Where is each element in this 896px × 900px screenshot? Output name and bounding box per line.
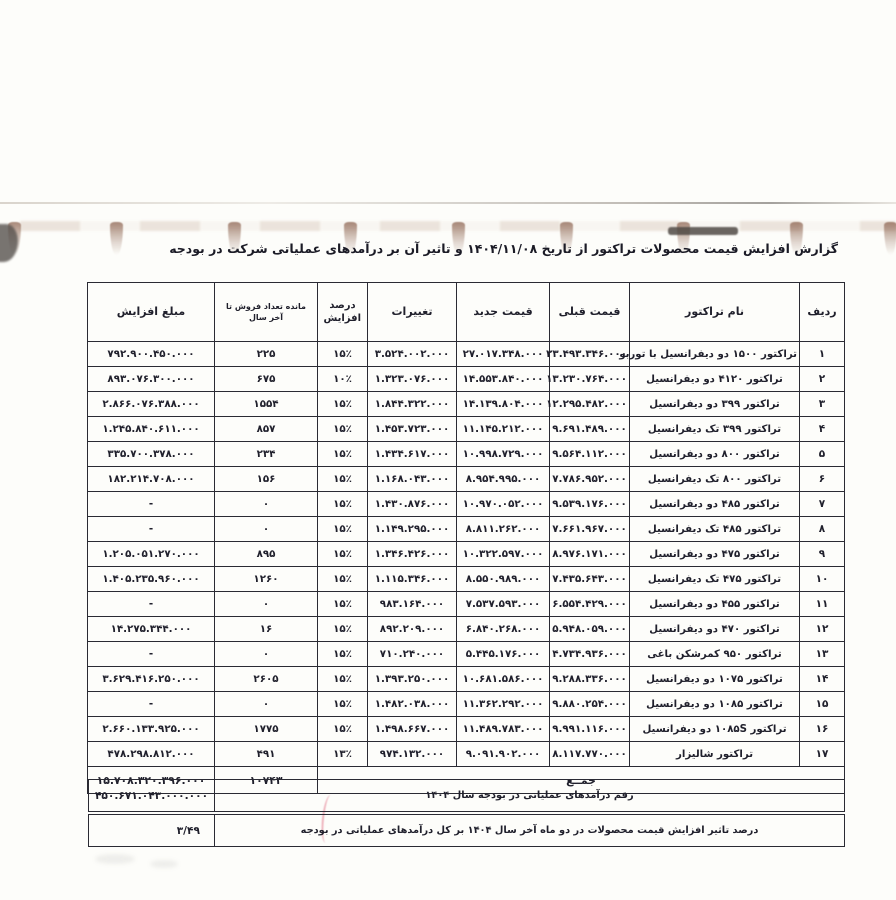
- cell-change: ۱.۴۹۸.۶۶۷.۰۰۰: [368, 717, 457, 742]
- cell-prev-price: ۷.۷۸۶.۹۵۲.۰۰۰: [550, 467, 630, 492]
- cell-new-price: ۹.۰۹۱.۹۰۲.۰۰۰: [457, 742, 550, 767]
- cell-remaining: ۶۷۵: [215, 367, 318, 392]
- cell-new-price: ۸.۸۱۱.۲۶۲.۰۰۰: [457, 517, 550, 542]
- cell-pct: ۱۵٪: [318, 517, 368, 542]
- cell-change: ۷۱۰.۲۴۰.۰۰۰: [368, 642, 457, 667]
- impact-label: درصد تاثیر افزایش قیمت محصولات در دو ماه…: [214, 815, 844, 846]
- cell-amount: ۴۷۸.۲۹۸.۸۱۲.۰۰۰: [88, 742, 215, 767]
- cell-change: ۱.۴۵۳.۷۲۳.۰۰۰: [368, 417, 457, 442]
- cell-change: ۱.۱۴۹.۲۹۵.۰۰۰: [368, 517, 457, 542]
- cell-prev-price: ۹.۸۸۰.۲۵۴.۰۰۰: [550, 692, 630, 717]
- table-row: ۱۴تراکتور ۱۰۷۵ دو دیفرانسیل۹.۲۸۸.۳۳۶.۰۰۰…: [88, 667, 845, 692]
- table-row: ۱۲تراکتور ۴۷۰ دو دیفرانسیل۵.۹۴۸.۰۵۹.۰۰۰۶…: [88, 617, 845, 642]
- cell-radif: ۲: [800, 367, 845, 392]
- cell-amount: ۳.۶۲۹.۴۱۶.۲۵۰.۰۰۰: [88, 667, 215, 692]
- cell-change: ۳.۵۲۴.۰۰۲.۰۰۰: [368, 342, 457, 367]
- document-title: گزارش افزایش قیمت محصولات تراکتور از تار…: [169, 241, 838, 256]
- price-increase-table: ردیف نام تراکتور قیمت قبلی قیمت جدید تغی…: [87, 282, 845, 794]
- cell-amount: ۷۹۲.۹۰۰.۴۵۰.۰۰۰: [88, 342, 215, 367]
- cell-change: ۸۹۲.۲۰۹.۰۰۰: [368, 617, 457, 642]
- cell-new-price: ۷.۵۳۷.۵۹۳.۰۰۰: [457, 592, 550, 617]
- cell-name: تراکتور ۱۰۸۵ دو دیفرانسیل: [630, 692, 800, 717]
- cell-prev-price: ۶.۵۵۴.۴۲۹.۰۰۰: [550, 592, 630, 617]
- cell-pct: ۱۵٪: [318, 617, 368, 642]
- cell-name: تراکتور ۸۰۰ دو دیفرانسیل: [630, 442, 800, 467]
- scan-dark-mark: [668, 227, 738, 235]
- cell-name: تراکتور ۴۸۵ تک دیفرانسیل: [630, 517, 800, 542]
- cell-radif: ۱: [800, 342, 845, 367]
- cell-change: ۹۸۳.۱۶۴.۰۰۰: [368, 592, 457, 617]
- cell-change: ۱.۴۳۴.۶۱۷.۰۰۰: [368, 442, 457, 467]
- cell-pct: ۱۵٪: [318, 692, 368, 717]
- table-row: ۷تراکتور ۴۸۵ دو دیفرانسیل۹.۵۳۹.۱۷۶.۰۰۰۱۰…: [88, 492, 845, 517]
- cell-name: تراکتور ۴۷۵ تک دیفرانسیل: [630, 567, 800, 592]
- cell-new-price: ۱۱.۱۴۵.۲۱۲.۰۰۰: [457, 417, 550, 442]
- cell-amount: ۱.۲۴۵.۸۴۰.۶۱۱.۰۰۰: [88, 417, 215, 442]
- table-header-row: ردیف نام تراکتور قیمت قبلی قیمت جدید تغی…: [88, 283, 845, 342]
- cell-radif: ۱۱: [800, 592, 845, 617]
- cell-prev-price: ۹.۵۶۴.۱۱۲.۰۰۰: [550, 442, 630, 467]
- cell-new-price: ۱۴.۵۵۳.۸۴۰.۰۰۰: [457, 367, 550, 392]
- cell-prev-price: ۱۳.۲۳۰.۷۶۴.۰۰۰: [550, 367, 630, 392]
- cell-remaining: ۸۵۷: [215, 417, 318, 442]
- cell-pct: ۱۳٪: [318, 742, 368, 767]
- table-row: ۱۱تراکتور ۴۵۵ دو دیفرانسیل۶.۵۵۴.۴۲۹.۰۰۰۷…: [88, 592, 845, 617]
- cell-new-price: ۱۰.۹۹۸.۷۲۹.۰۰۰: [457, 442, 550, 467]
- header-name: نام تراکتور: [630, 283, 800, 342]
- table-row: ۵تراکتور ۸۰۰ دو دیفرانسیل۹.۵۶۴.۱۱۲.۰۰۰۱۰…: [88, 442, 845, 467]
- header-radif: ردیف: [800, 283, 845, 342]
- cell-radif: ۱۳: [800, 642, 845, 667]
- cell-name: تراکتور ۱۰۸۵S دو دیفرانسیل: [630, 717, 800, 742]
- cell-radif: ۴: [800, 417, 845, 442]
- cell-new-price: ۱۰.۹۷۰.۰۵۲.۰۰۰: [457, 492, 550, 517]
- cell-change: ۱.۱۱۵.۳۴۶.۰۰۰: [368, 567, 457, 592]
- cell-radif: ۱۴: [800, 667, 845, 692]
- cell-remaining: ۲۲۵: [215, 342, 318, 367]
- cell-prev-price: ۹.۶۹۱.۴۸۹.۰۰۰: [550, 417, 630, 442]
- cell-new-price: ۲۷.۰۱۷.۳۴۸.۰۰۰: [457, 342, 550, 367]
- scan-stain: [110, 222, 123, 255]
- cell-new-price: ۵.۴۴۵.۱۷۶.۰۰۰: [457, 642, 550, 667]
- impact-value: ۳/۴۹: [89, 815, 214, 846]
- cell-radif: ۵: [800, 442, 845, 467]
- cell-new-price: ۱۱.۳۶۲.۲۹۲.۰۰۰: [457, 692, 550, 717]
- cell-radif: ۱۶: [800, 717, 845, 742]
- cell-change: ۱.۴۸۲.۰۳۸.۰۰۰: [368, 692, 457, 717]
- cell-remaining: ۰: [215, 692, 318, 717]
- cell-new-price: ۱۰.۳۲۲.۵۹۷.۰۰۰: [457, 542, 550, 567]
- cell-remaining: ۰: [215, 592, 318, 617]
- cell-prev-price: ۷.۴۳۵.۶۴۳.۰۰۰: [550, 567, 630, 592]
- scan-stain: [884, 222, 896, 255]
- cell-prev-price: ۸.۹۷۶.۱۷۱.۰۰۰: [550, 542, 630, 567]
- header-remaining: مانده تعداد فروش تا آخر سال: [215, 283, 318, 342]
- cell-name: تراکتور ۳۹۹ دو دیفرانسیل: [630, 392, 800, 417]
- cell-prev-price: ۴.۷۳۴.۹۳۶.۰۰۰: [550, 642, 630, 667]
- cell-name: تراکتور ۴۷۵ دو دیفرانسیل: [630, 542, 800, 567]
- cell-amount: -: [88, 642, 215, 667]
- cell-name: تراکتور ۴۷۰ دو دیفرانسیل: [630, 617, 800, 642]
- revenue-row: رقم درآمدهای عملیاتی در بودجه سال ۱۴۰۴ ۴…: [88, 779, 845, 812]
- cell-prev-price: ۹.۵۳۹.۱۷۶.۰۰۰: [550, 492, 630, 517]
- cell-radif: ۶: [800, 467, 845, 492]
- table-row: ۹تراکتور ۴۷۵ دو دیفرانسیل۸.۹۷۶.۱۷۱.۰۰۰۱۰…: [88, 542, 845, 567]
- cell-new-price: ۱۱.۴۸۹.۷۸۳.۰۰۰: [457, 717, 550, 742]
- cell-amount: ۱۴.۲۷۵.۳۴۴.۰۰۰: [88, 617, 215, 642]
- scanned-document-page: گزارش افزایش قیمت محصولات تراکتور از تار…: [0, 0, 896, 900]
- cell-radif: ۱۲: [800, 617, 845, 642]
- pencil-smudge: [150, 860, 178, 868]
- table-row: ۱۵تراکتور ۱۰۸۵ دو دیفرانسیل۹.۸۸۰.۲۵۴.۰۰۰…: [88, 692, 845, 717]
- table-row: ۲تراکتور ۴۱۲۰ دو دیفرانسیل۱۳.۲۳۰.۷۶۴.۰۰۰…: [88, 367, 845, 392]
- cell-prev-price: ۱۲.۲۹۵.۴۸۲.۰۰۰: [550, 392, 630, 417]
- cell-pct: ۱۵٪: [318, 542, 368, 567]
- cell-name: تراکتور ۴۵۵ دو دیفرانسیل: [630, 592, 800, 617]
- cell-prev-price: ۸.۱۱۷.۷۷۰.۰۰۰: [550, 742, 630, 767]
- cell-new-price: ۸.۹۵۴.۹۹۵.۰۰۰: [457, 467, 550, 492]
- cell-remaining: ۴۹۱: [215, 742, 318, 767]
- scan-line-artifact: [0, 202, 896, 204]
- cell-prev-price: ۹.۹۹۱.۱۱۶.۰۰۰: [550, 717, 630, 742]
- cell-amount: -: [88, 517, 215, 542]
- table-row: ۱۶تراکتور ۱۰۸۵S دو دیفرانسیل۹.۹۹۱.۱۱۶.۰۰…: [88, 717, 845, 742]
- cell-change: ۱.۳۲۳.۰۷۶.۰۰۰: [368, 367, 457, 392]
- header-change: تغییرات: [368, 283, 457, 342]
- cell-change: ۱.۴۳۰.۸۷۶.۰۰۰: [368, 492, 457, 517]
- cell-name: تراکتور ۴۱۲۰ دو دیفرانسیل: [630, 367, 800, 392]
- cell-remaining: ۲۶۰۵: [215, 667, 318, 692]
- cell-radif: ۱۰: [800, 567, 845, 592]
- table-body: ۱تراکتور ۱۵۰۰ دو دیفرانسیل با توربو۲۳.۴۹…: [88, 342, 845, 767]
- cell-new-price: ۱۰.۶۸۱.۵۸۶.۰۰۰: [457, 667, 550, 692]
- impact-row: درصد تاثیر افزایش قیمت محصولات در دو ماه…: [88, 814, 845, 847]
- cell-amount: ۳۳۵.۷۰۰.۳۷۸.۰۰۰: [88, 442, 215, 467]
- cell-prev-price: ۲۳.۴۹۳.۳۴۶.۰۰۰: [550, 342, 630, 367]
- header-amount: مبلغ افزایش: [88, 283, 215, 342]
- header-new-price: قیمت جدید: [457, 283, 550, 342]
- cell-radif: ۱۷: [800, 742, 845, 767]
- revenue-label: رقم درآمدهای عملیاتی در بودجه سال ۱۴۰۴: [214, 780, 844, 811]
- cell-change: ۱.۳۹۳.۲۵۰.۰۰۰: [368, 667, 457, 692]
- cell-pct: ۱۰٪: [318, 367, 368, 392]
- cell-remaining: ۱۲۶۰: [215, 567, 318, 592]
- table-row: ۸تراکتور ۴۸۵ تک دیفرانسیل۷.۶۶۱.۹۶۷.۰۰۰۸.…: [88, 517, 845, 542]
- cell-name: تراکتور ۱۰۷۵ دو دیفرانسیل: [630, 667, 800, 692]
- cell-name: تراکتور ۹۵۰ کمرشکن باغی: [630, 642, 800, 667]
- cell-prev-price: ۵.۹۴۸.۰۵۹.۰۰۰: [550, 617, 630, 642]
- cell-radif: ۱۵: [800, 692, 845, 717]
- cell-amount: ۱.۴۰۵.۲۳۵.۹۶۰.۰۰۰: [88, 567, 215, 592]
- cell-pct: ۱۵٪: [318, 342, 368, 367]
- cell-amount: -: [88, 492, 215, 517]
- cell-new-price: ۱۴.۱۳۹.۸۰۴.۰۰۰: [457, 392, 550, 417]
- table-row: ۱تراکتور ۱۵۰۰ دو دیفرانسیل با توربو۲۳.۴۹…: [88, 342, 845, 367]
- cell-remaining: ۰: [215, 642, 318, 667]
- cell-name: تراکتور ۸۰۰ تک دیفرانسیل: [630, 467, 800, 492]
- cell-amount: -: [88, 692, 215, 717]
- revenue-value: ۴۵۰.۶۷۱.۰۴۳.۰۰۰.۰۰۰: [89, 780, 214, 811]
- table-row: ۴تراکتور ۳۹۹ تک دیفرانسیل۹.۶۹۱.۴۸۹.۰۰۰۱۱…: [88, 417, 845, 442]
- table-row: ۱۰تراکتور ۴۷۵ تک دیفرانسیل۷.۴۳۵.۶۴۳.۰۰۰۸…: [88, 567, 845, 592]
- cell-remaining: ۲۳۴: [215, 442, 318, 467]
- table-row: ۳تراکتور ۳۹۹ دو دیفرانسیل۱۲.۲۹۵.۴۸۲.۰۰۰۱…: [88, 392, 845, 417]
- cell-radif: ۷: [800, 492, 845, 517]
- cell-amount: ۱.۲۰۵.۰۵۱.۲۷۰.۰۰۰: [88, 542, 215, 567]
- cell-remaining: ۰: [215, 492, 318, 517]
- cell-radif: ۳: [800, 392, 845, 417]
- cell-pct: ۱۵٪: [318, 492, 368, 517]
- cell-change: ۱.۳۴۶.۴۲۶.۰۰۰: [368, 542, 457, 567]
- table-row: ۱۳تراکتور ۹۵۰ کمرشکن باغی۴.۷۳۴.۹۳۶.۰۰۰۵.…: [88, 642, 845, 667]
- cell-change: ۱.۱۶۸.۰۴۳.۰۰۰: [368, 467, 457, 492]
- table-row: ۶تراکتور ۸۰۰ تک دیفرانسیل۷.۷۸۶.۹۵۲.۰۰۰۸.…: [88, 467, 845, 492]
- cell-new-price: ۸.۵۵۰.۹۸۹.۰۰۰: [457, 567, 550, 592]
- cell-radif: ۸: [800, 517, 845, 542]
- cell-remaining: ۸۹۵: [215, 542, 318, 567]
- cell-pct: ۱۵٪: [318, 567, 368, 592]
- cell-remaining: ۱۷۷۵: [215, 717, 318, 742]
- cell-pct: ۱۵٪: [318, 592, 368, 617]
- cell-remaining: ۱۶: [215, 617, 318, 642]
- table-row: ۱۷تراکتور شالیزار۸.۱۱۷.۷۷۰.۰۰۰۹.۰۹۱.۹۰۲.…: [88, 742, 845, 767]
- scan-edge-blob: [0, 224, 18, 262]
- cell-amount: -: [88, 592, 215, 617]
- cell-new-price: ۶.۸۴۰.۲۶۸.۰۰۰: [457, 617, 550, 642]
- cell-change: ۹۷۴.۱۳۲.۰۰۰: [368, 742, 457, 767]
- cell-amount: ۲.۸۶۶.۰۷۶.۳۸۸.۰۰۰: [88, 392, 215, 417]
- cell-pct: ۱۵٪: [318, 667, 368, 692]
- cell-prev-price: ۹.۲۸۸.۳۳۶.۰۰۰: [550, 667, 630, 692]
- cell-prev-price: ۷.۶۶۱.۹۶۷.۰۰۰: [550, 517, 630, 542]
- cell-pct: ۱۵٪: [318, 392, 368, 417]
- cell-radif: ۹: [800, 542, 845, 567]
- cell-pct: ۱۵٪: [318, 442, 368, 467]
- pencil-smudge: [95, 854, 135, 864]
- cell-amount: ۱۸۲.۲۱۴.۷۰۸.۰۰۰: [88, 467, 215, 492]
- cell-amount: ۸۹۳.۰۷۶.۳۰۰.۰۰۰: [88, 367, 215, 392]
- cell-name: تراکتور ۳۹۹ تک دیفرانسیل: [630, 417, 800, 442]
- cell-change: ۱.۸۴۴.۳۲۲.۰۰۰: [368, 392, 457, 417]
- cell-pct: ۱۵٪: [318, 717, 368, 742]
- header-prev-price: قیمت قبلی: [550, 283, 630, 342]
- cell-pct: ۱۵٪: [318, 642, 368, 667]
- cell-remaining: ۱۵۵۴: [215, 392, 318, 417]
- cell-name: تراکتور شالیزار: [630, 742, 800, 767]
- cell-name: تراکتور ۱۵۰۰ دو دیفرانسیل با توربو: [630, 342, 800, 367]
- cell-pct: ۱۵٪: [318, 467, 368, 492]
- cell-name: تراکتور ۴۸۵ دو دیفرانسیل: [630, 492, 800, 517]
- cell-amount: ۲.۶۶۰.۱۳۳.۹۲۵.۰۰۰: [88, 717, 215, 742]
- cell-remaining: ۱۵۶: [215, 467, 318, 492]
- cell-pct: ۱۵٪: [318, 417, 368, 442]
- header-pct: درصد افزایش: [318, 283, 368, 342]
- cell-remaining: ۰: [215, 517, 318, 542]
